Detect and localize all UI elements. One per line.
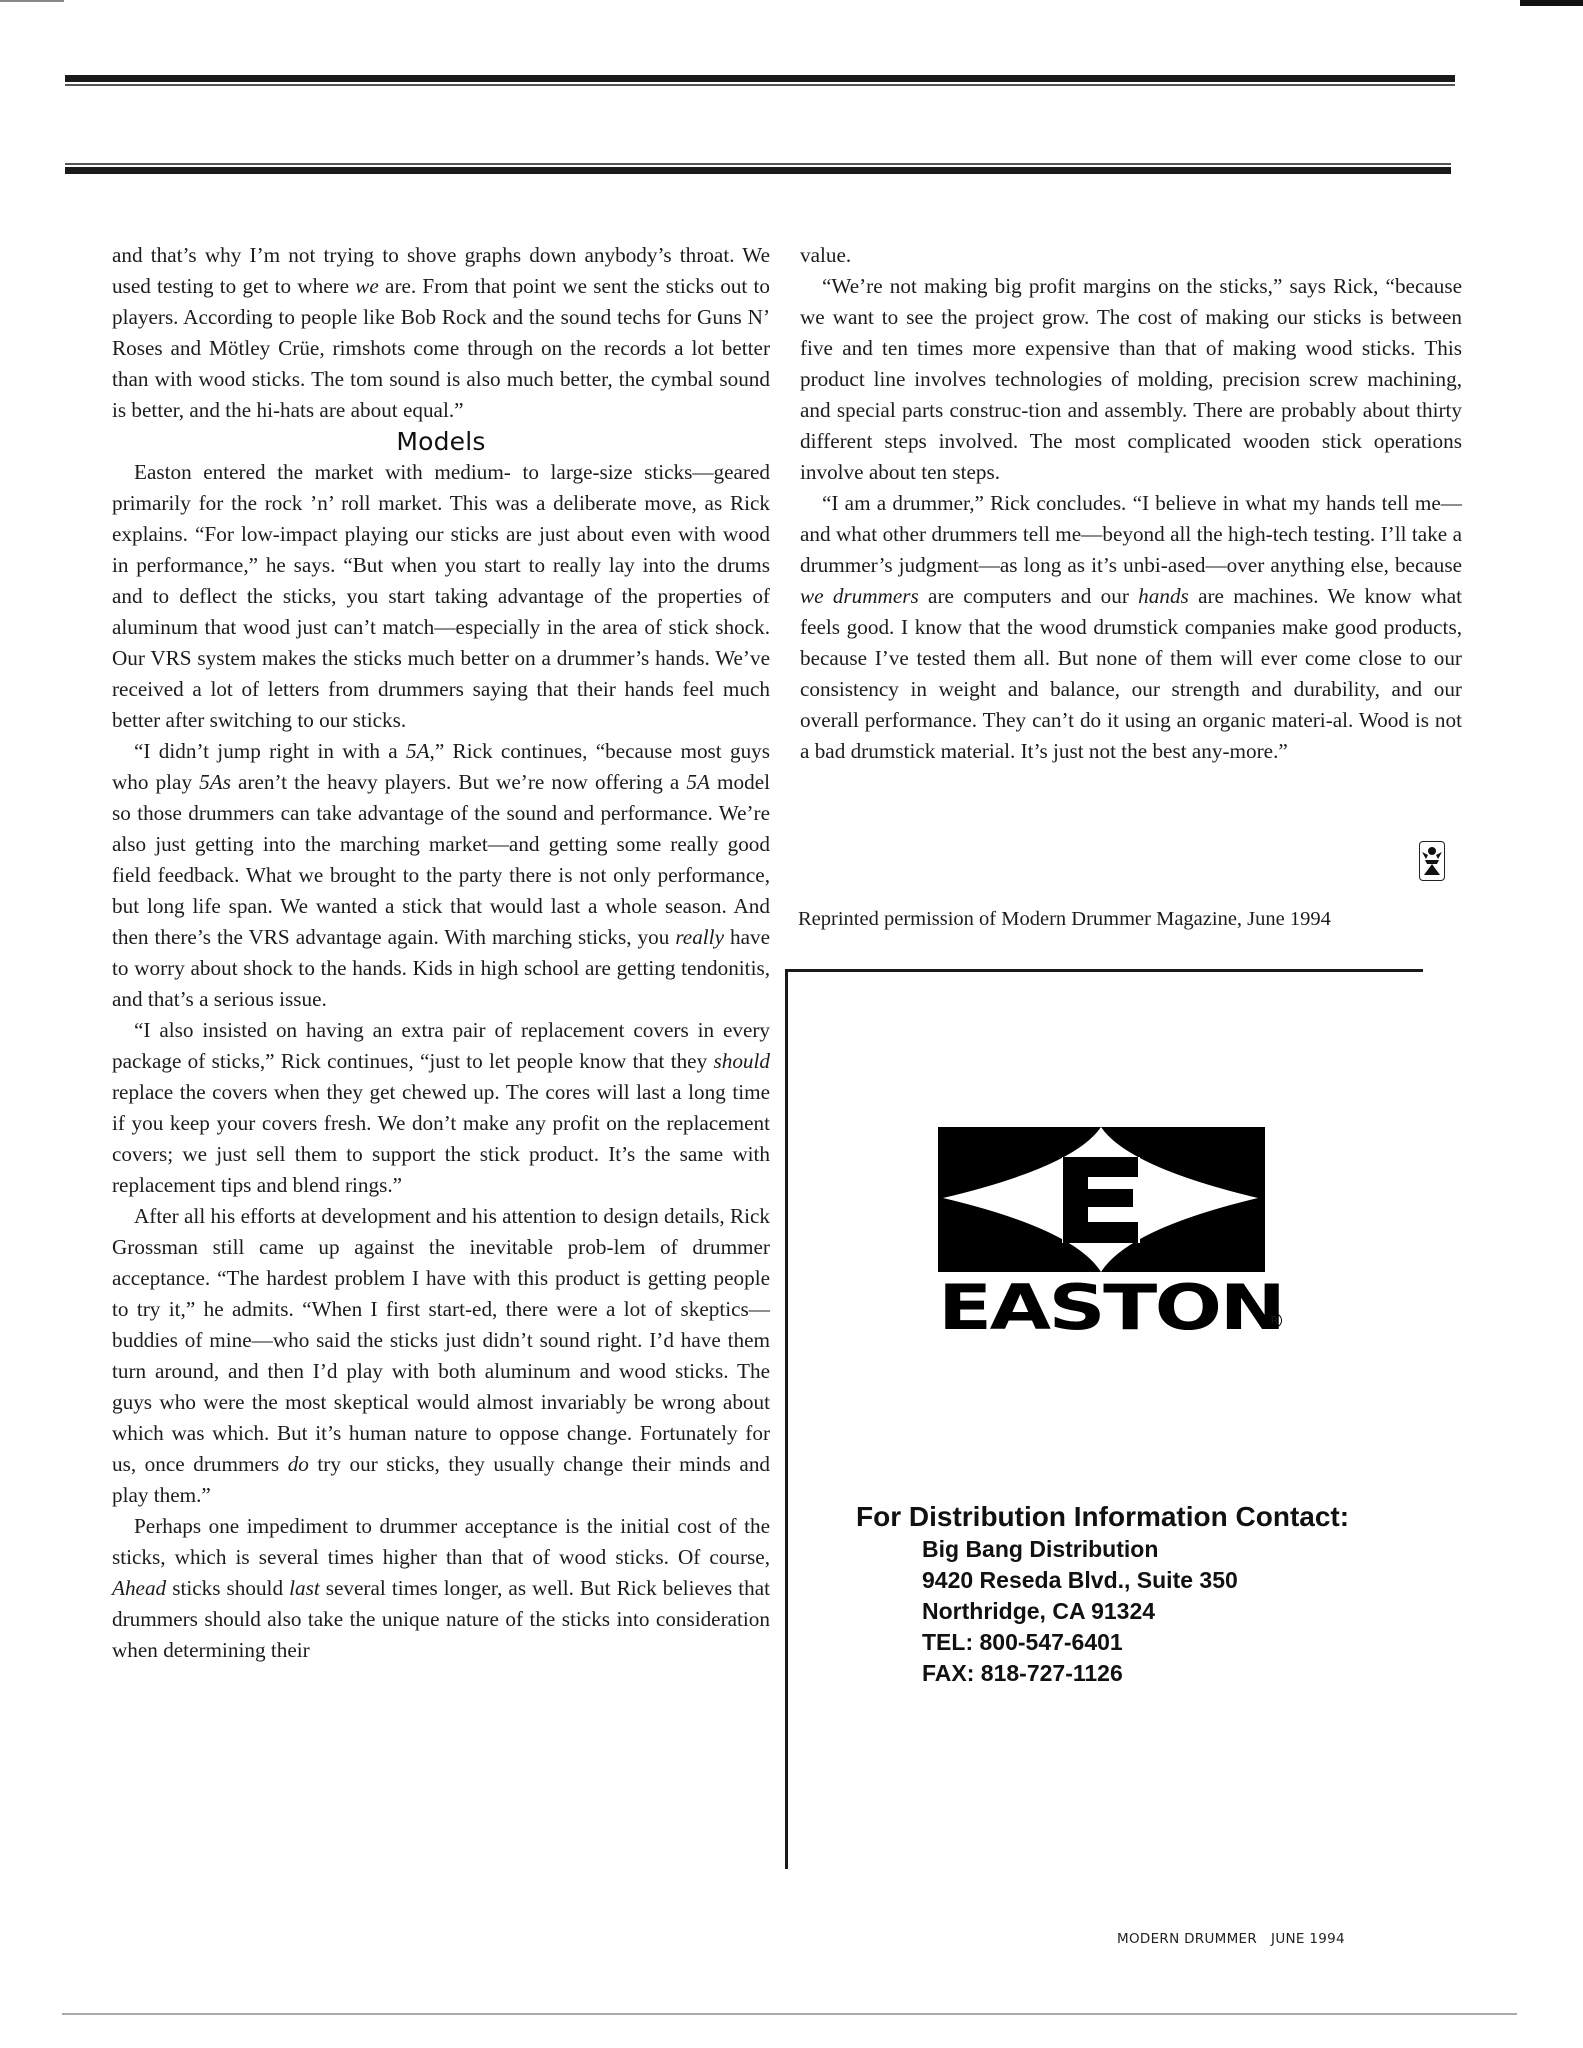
page-footer: MODERN DRUMMERJUNE 1994 bbox=[1117, 1931, 1345, 1947]
bottom-rule bbox=[62, 2013, 1517, 2015]
contact-fax: FAX: 818-727-1126 bbox=[856, 1658, 1349, 1689]
paragraph: Easton entered the market with medium- t… bbox=[112, 457, 770, 736]
contact-heading: For Distribution Information Contact: bbox=[856, 1500, 1349, 1534]
footer-publication: MODERN DRUMMER bbox=[1117, 1931, 1257, 1947]
footer-issue: JUNE 1994 bbox=[1271, 1931, 1345, 1947]
contact-company: Big Bang Distribution bbox=[856, 1534, 1349, 1565]
paragraph: “I also insisted on having an extra pair… bbox=[112, 1015, 770, 1201]
section-heading-models: Models bbox=[112, 426, 770, 457]
article-left-column: and that’s why I’m not trying to shove g… bbox=[112, 240, 770, 1666]
easton-wordmark: EASTON bbox=[938, 1277, 1283, 1339]
article-right-column: value. “We’re not making big profit marg… bbox=[800, 240, 1462, 767]
contact-city: Northridge, CA 91324 bbox=[856, 1596, 1349, 1627]
ad-box-top-border bbox=[785, 969, 1423, 972]
paragraph: “We’re not making big profit margins on … bbox=[800, 271, 1462, 488]
scan-edge-mark-right bbox=[1520, 0, 1583, 6]
registered-mark-icon: R bbox=[1267, 1313, 1282, 1328]
ad-box-left-border bbox=[785, 969, 788, 1869]
easton-logo: EASTON R bbox=[938, 1127, 1265, 1337]
contact-phone: TEL: 800-547-6401 bbox=[856, 1627, 1349, 1658]
paragraph: Perhaps one impediment to drummer accept… bbox=[112, 1511, 770, 1666]
paragraph: “I am a drummer,” Rick concludes. “I bel… bbox=[800, 488, 1462, 767]
paragraph: “I didn’t jump right in with a 5A,” Rick… bbox=[112, 736, 770, 1015]
contact-address: 9420 Reseda Blvd., Suite 350 bbox=[856, 1565, 1349, 1596]
easton-emblem-icon bbox=[938, 1127, 1265, 1272]
distribution-contact: For Distribution Information Contact: Bi… bbox=[856, 1500, 1349, 1689]
paragraph: and that’s why I’m not trying to shove g… bbox=[112, 240, 770, 426]
modern-drummer-end-mark-icon bbox=[1419, 841, 1445, 881]
paragraph: After all his efforts at development and… bbox=[112, 1201, 770, 1511]
reprint-credit: Reprinted permission of Modern Drummer M… bbox=[798, 908, 1331, 931]
scan-edge-mark-left bbox=[0, 0, 64, 2]
paragraph: value. bbox=[800, 240, 1462, 271]
